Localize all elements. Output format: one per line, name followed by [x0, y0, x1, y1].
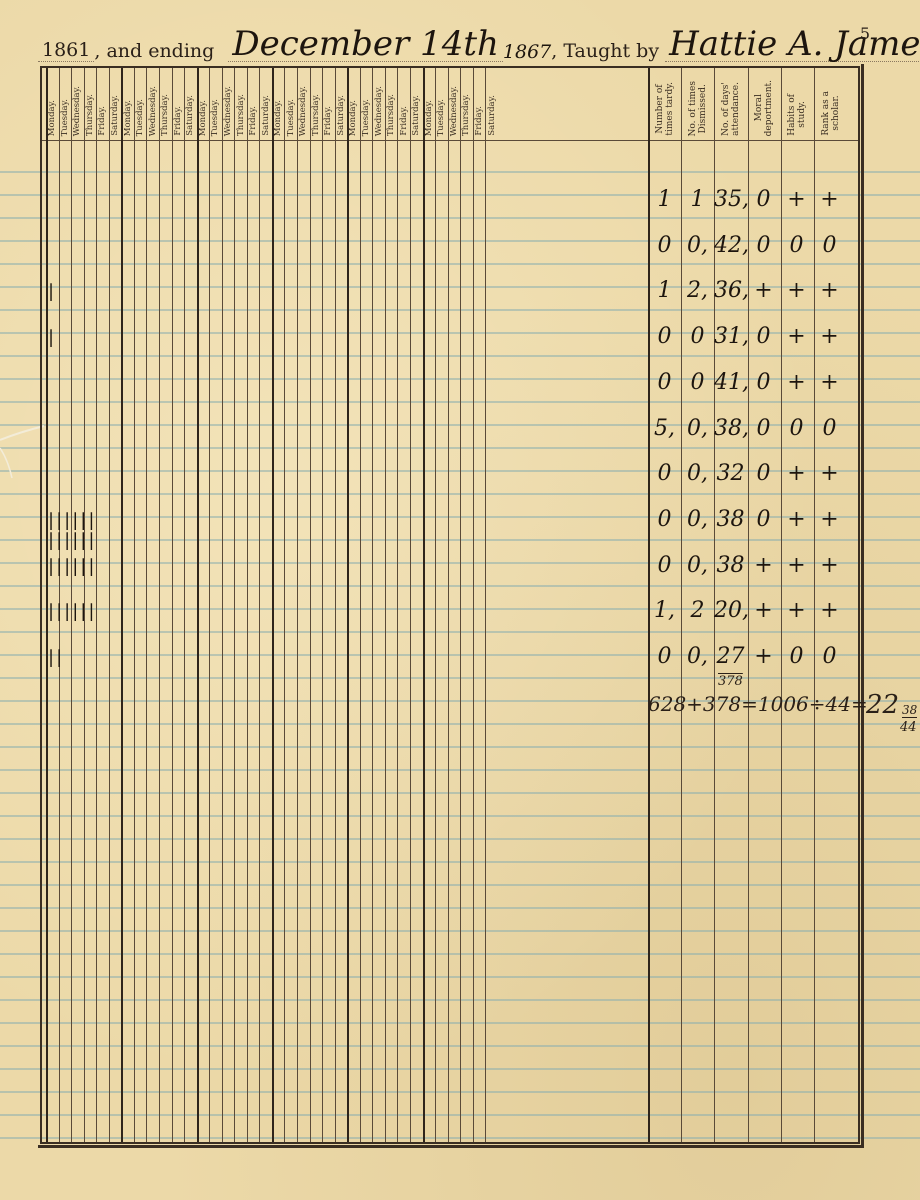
day-label-text: Thursday. [160, 94, 170, 136]
dismissed-cell: 2 [681, 599, 714, 623]
moral-cell: + [747, 599, 780, 623]
habits-cell: + [780, 462, 813, 486]
tardy-cell: 0 [648, 645, 681, 669]
moral-cell: 0 [747, 325, 780, 349]
moral-cell: 0 [747, 462, 780, 486]
tardy-cell: 1 [648, 279, 681, 303]
tardy-cell: 0 [648, 234, 681, 258]
day-column-label: Monday. [347, 74, 360, 136]
day-column-divider [322, 68, 323, 1142]
day-column-divider [310, 68, 311, 1142]
average-calculation: 628+378=1006÷44= [648, 692, 868, 716]
day-label-text: Monday. [273, 100, 283, 136]
day-column-label: Thursday. [460, 74, 473, 136]
tardy-cell: 0 [648, 371, 681, 395]
day-label-text: Tuesday. [286, 99, 296, 136]
day-column-divider [247, 68, 248, 1142]
day-column-divider [146, 68, 147, 1142]
day-column-divider [234, 68, 235, 1142]
day-label-text: Friday. [474, 106, 484, 136]
day-label-text: Tuesday. [135, 99, 145, 136]
moral-cell: 0 [747, 371, 780, 395]
day-column-label: Saturday. [485, 74, 498, 136]
dismissed-cell: 0, [681, 462, 714, 486]
and-ending-label: , and ending [94, 40, 214, 62]
day-column-label: Monday. [46, 74, 59, 136]
day-label-text: Wednesday. [223, 86, 233, 136]
day-column-label: Saturday. [109, 74, 122, 136]
day-label-text: Saturday. [261, 95, 271, 136]
attendance-cell: 31, [714, 325, 747, 349]
day-label-text: Friday. [173, 106, 183, 136]
day-column-divider [460, 68, 461, 1142]
day-column-divider [209, 68, 210, 1142]
day-column-label: Wednesday. [71, 74, 84, 136]
dismissed-cell: 0 [681, 325, 714, 349]
taught-by-label: , Taught by [551, 40, 659, 62]
day-column-label: Tuesday. [360, 74, 373, 136]
tardy-cell: 5, [648, 417, 681, 441]
day-column-divider [272, 68, 274, 1142]
day-label-text: Wednesday. [148, 86, 158, 136]
rank-cell: 0 [813, 234, 846, 258]
summary-label-text: Rank as a scholar. [821, 91, 841, 136]
rank-cell: + [813, 279, 846, 303]
average-result: 22 [866, 690, 899, 720]
day-column-divider [423, 68, 425, 1142]
moral-cell: 0 [747, 417, 780, 441]
day-column-label: Wednesday. [448, 74, 461, 136]
dismissed-cell: 0, [681, 417, 714, 441]
day-column-label: Friday. [473, 74, 486, 136]
dismissed-cell: 0 [681, 371, 714, 395]
day-label-text: Tuesday. [60, 99, 70, 136]
day-column-divider [184, 68, 185, 1142]
day-column-divider [197, 68, 199, 1142]
attendance-cell: 35, [714, 188, 747, 212]
tardy-cell: 0 [648, 554, 681, 578]
habits-cell: + [780, 508, 813, 532]
day-column-label: Tuesday. [59, 74, 72, 136]
day-column-label: Wednesday. [146, 74, 159, 136]
day-column-divider [159, 68, 160, 1142]
moral-cell: 0 [747, 508, 780, 532]
day-column-label: Monday. [121, 74, 134, 136]
summary-column-label: Rank as a scholar. [814, 74, 847, 136]
day-column-label: Tuesday. [209, 74, 222, 136]
attendance-cell: 27 [714, 645, 747, 669]
day-label-text: Tuesday. [436, 99, 446, 136]
day-column-label: Friday. [96, 74, 109, 136]
day-column-label: Wednesday. [372, 74, 385, 136]
page-number: 5 [860, 24, 870, 43]
start-year: 1861 [38, 39, 94, 62]
habits-cell: + [780, 599, 813, 623]
day-column-divider [259, 68, 260, 1142]
tardy-cell: 0 [648, 508, 681, 532]
day-column-divider [372, 68, 373, 1142]
day-column-divider [172, 68, 173, 1142]
day-label-text: Saturday. [185, 95, 195, 136]
dismissed-cell: 0, [681, 645, 714, 669]
day-label-text: Monday. [348, 100, 358, 136]
attendance-tally-marks: |||||| [48, 530, 96, 551]
day-label-text: Monday. [198, 100, 208, 136]
attendance-tally-marks: || [48, 647, 64, 668]
rank-cell: + [813, 554, 846, 578]
summary-column-label: No. of days' attendance. [714, 74, 747, 136]
day-label-text: Friday. [399, 106, 409, 136]
day-column-label: Friday. [172, 74, 185, 136]
day-label-text: Monday. [123, 100, 133, 136]
day-column-label: Tuesday. [435, 74, 448, 136]
rank-cell: + [813, 599, 846, 623]
day-column-divider [473, 68, 474, 1142]
day-column-label: Saturday. [335, 74, 348, 136]
summary-column-label: Moral deportment. [748, 74, 781, 136]
rank-cell: + [813, 462, 846, 486]
day-label-text: Wednesday. [449, 86, 459, 136]
day-column-divider [335, 68, 336, 1142]
moral-cell: 0 [747, 234, 780, 258]
day-column-label: Monday. [197, 74, 210, 136]
moral-cell: + [747, 279, 780, 303]
attendance-cell: 38 [714, 554, 747, 578]
day-column-divider [435, 68, 436, 1142]
header-separator [42, 140, 858, 141]
habits-cell: + [780, 325, 813, 349]
day-label-text: Saturday. [487, 95, 497, 136]
attendance-cell: 20, [714, 599, 747, 623]
day-column-label: Thursday. [159, 74, 172, 136]
summary-label-text: Habits of study. [787, 94, 807, 136]
day-column-label: Monday. [272, 74, 285, 136]
attendance-cell: 41, [714, 371, 747, 395]
day-column-divider [222, 68, 223, 1142]
day-column-divider [297, 68, 298, 1142]
attendance-tally-marks: | [48, 281, 56, 302]
tardy-cell: 1 [648, 188, 681, 212]
habits-cell: 0 [780, 234, 813, 258]
fraction-numerator: 38 [902, 703, 917, 718]
start-year-text: 1861 [42, 39, 90, 61]
day-label-text: Monday. [47, 100, 57, 136]
habits-cell: 0 [780, 645, 813, 669]
day-label-text: Monday. [424, 100, 434, 136]
day-column-label: Friday. [397, 74, 410, 136]
tardy-cell: 0 [648, 462, 681, 486]
day-column-divider [410, 68, 411, 1142]
day-label-text: Saturday. [110, 95, 120, 136]
day-label-text: Friday. [248, 106, 258, 136]
attendance-cell: 32 [714, 462, 747, 486]
day-label-text: Wednesday. [374, 86, 384, 136]
rank-cell: + [813, 188, 846, 212]
attendance-cell: 38 [714, 508, 747, 532]
day-label-text: Wednesday. [298, 86, 308, 136]
day-column-divider [121, 68, 123, 1142]
day-column-label: Monday. [423, 74, 436, 136]
attendance-cell: 38, [714, 417, 747, 441]
attendance-tally-marks: |||||| [48, 510, 96, 531]
habits-cell: + [780, 188, 813, 212]
rank-cell: 0 [813, 417, 846, 441]
day-column-label: Thursday. [310, 74, 323, 136]
day-label-text: Thursday. [461, 94, 471, 136]
summary-column-label: Habits of study. [781, 74, 814, 136]
rank-cell: 0 [813, 645, 846, 669]
day-column-divider [347, 68, 349, 1142]
attendance-cell: 36, [714, 279, 747, 303]
tardy-cell: 1, [648, 599, 681, 623]
summary-column-label: Number of times tardy. [648, 74, 681, 136]
habits-cell: + [780, 279, 813, 303]
moral-cell: + [747, 645, 780, 669]
day-column-label: Friday. [322, 74, 335, 136]
day-column-label: Friday. [247, 74, 260, 136]
day-label-text: Tuesday. [361, 99, 371, 136]
day-column-divider [109, 68, 110, 1142]
day-column-label: Wednesday. [222, 74, 235, 136]
day-column-label: Saturday. [184, 74, 197, 136]
teacher-name: Hattie A. James [665, 27, 920, 62]
day-label-text: Thursday. [236, 94, 246, 136]
habits-cell: + [780, 371, 813, 395]
moral-cell: + [747, 554, 780, 578]
day-column-label: Thursday. [385, 74, 398, 136]
summary-label-text: No. of times Dismissed. [688, 81, 708, 136]
tardy-cell: 0 [648, 325, 681, 349]
day-label-text: Saturday. [336, 95, 346, 136]
day-column-divider [485, 68, 486, 1142]
dismissed-cell: 0, [681, 234, 714, 258]
attendance-tally-marks: | [48, 327, 56, 348]
day-label-text: Saturday. [411, 95, 421, 136]
day-label-text: Thursday. [85, 94, 95, 136]
habits-cell: 0 [780, 417, 813, 441]
day-label-text: Thursday. [311, 94, 321, 136]
day-label-text: Thursday. [386, 94, 396, 136]
day-label-text: Friday. [97, 106, 107, 136]
attendance-tally-marks: |||||| [48, 556, 96, 577]
day-column-label: Tuesday. [284, 74, 297, 136]
attendance-tally-marks: |||||| [48, 601, 96, 622]
day-column-divider [385, 68, 386, 1142]
attendance-cell: 42, [714, 234, 747, 258]
day-column-label: Saturday. [259, 74, 272, 136]
day-column-divider [397, 68, 398, 1142]
day-label-text: Tuesday. [210, 99, 220, 136]
day-label-text: Friday. [323, 106, 333, 136]
day-column-divider [448, 68, 449, 1142]
day-column-divider [284, 68, 285, 1142]
rank-cell: + [813, 325, 846, 349]
day-column-label: Thursday. [84, 74, 97, 136]
dismissed-cell: 0, [681, 508, 714, 532]
summary-label-text: Moral deportment. [754, 80, 774, 136]
day-column-label: Tuesday. [134, 74, 147, 136]
day-column-label: Wednesday. [297, 74, 310, 136]
subtotal-figure: 378 [718, 674, 743, 689]
dismissed-cell: 1 [681, 188, 714, 212]
rank-cell: + [813, 371, 846, 395]
summary-label-text: No. of days' attendance. [721, 82, 741, 136]
register-header: 1861 , and ending December 14th 1867 , T… [38, 22, 920, 62]
day-column-divider [134, 68, 135, 1142]
dismissed-cell: 2, [681, 279, 714, 303]
dismissed-cell: 0, [681, 554, 714, 578]
summary-label-text: Number of times tardy. [655, 82, 675, 136]
fraction-denominator: 44 [900, 720, 917, 735]
end-year: 1867 [503, 43, 551, 62]
habits-cell: + [780, 554, 813, 578]
summary-column-label: No. of times Dismissed. [681, 74, 714, 136]
day-column-label: Saturday. [410, 74, 423, 136]
rank-cell: + [813, 508, 846, 532]
day-label-text: Wednesday. [72, 86, 82, 136]
day-column-label: Thursday. [234, 74, 247, 136]
moral-cell: 0 [747, 188, 780, 212]
day-column-divider [360, 68, 361, 1142]
end-date: December 14th [228, 27, 503, 62]
